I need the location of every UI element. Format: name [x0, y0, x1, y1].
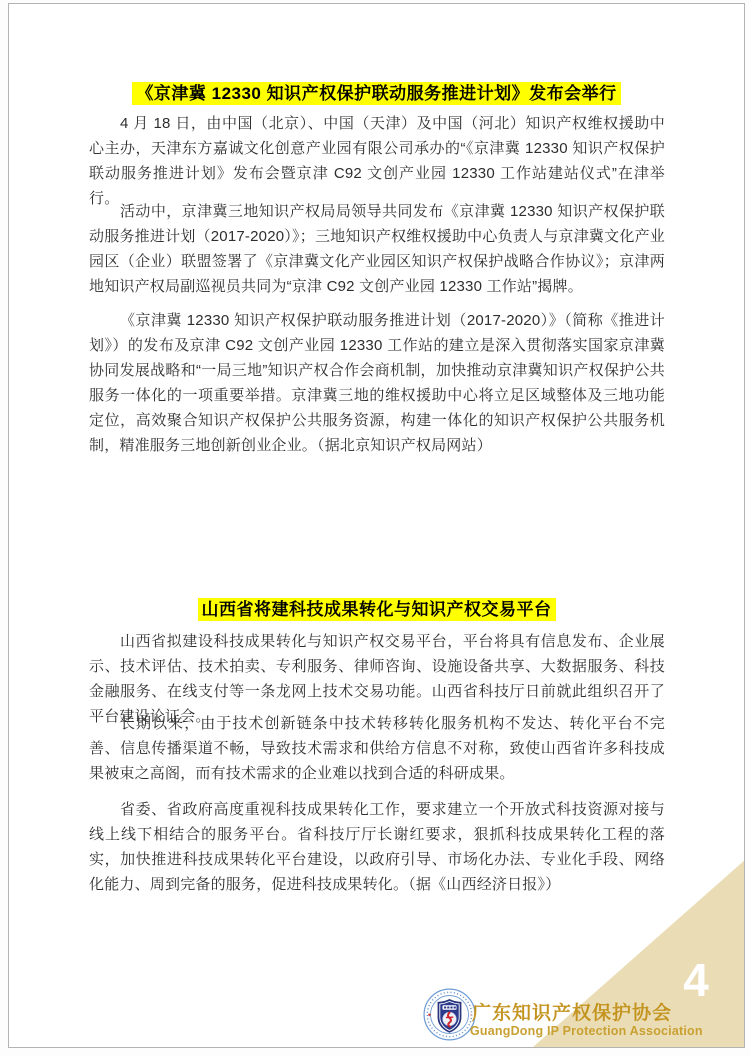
section-1-heading: 《京津冀 12330 知识产权保护联动服务推进计划》发布会举行 [132, 82, 620, 105]
document-canvas: 《京津冀 12330 知识产权保护联动服务推进计划》发布会举行 4 月 18 日… [0, 0, 750, 1056]
section-2-heading: 山西省将建科技成果转化与知识产权交易平台 [198, 598, 556, 621]
section-1-heading-row: 《京津冀 12330 知识产权保护联动服务推进计划》发布会举行 [9, 82, 744, 105]
section-1-paragraph-2: 活动中，京津冀三地知识产权局局领导共同发布《京津冀 12330 知识产权保护联动… [89, 199, 665, 299]
section-2-paragraph-3: 省委、省政府高度重视科技成果转化工作，要求建立一个开放式科技资源对接与线上线下相… [89, 797, 665, 897]
section-1-paragraph-1: 4 月 18 日，由中国（北京）、中国（天津）及中国（河北）知识产权维权援助中心… [89, 111, 665, 211]
org-name-en: GuangDong IP Protection Association [470, 1024, 703, 1038]
org-name-cn: 广东知识产权保护协会 [472, 998, 672, 1025]
section-2-paragraph-2: 长期以来，由于技术创新链条中技术转移转化服务机构不发达、转化平台不完善、信息传播… [89, 711, 665, 786]
page-number: 4 [669, 957, 723, 1003]
gdipa-seal-icon [423, 988, 476, 1041]
section-1-paragraph-3: 《京津冀 12330 知识产权保护联动服务推进计划（2017-2020）》（简称… [89, 308, 665, 458]
newsletter-page: 《京津冀 12330 知识产权保护联动服务推进计划》发布会举行 4 月 18 日… [8, 3, 745, 1048]
section-2-heading-row: 山西省将建科技成果转化与知识产权交易平台 [9, 598, 744, 621]
